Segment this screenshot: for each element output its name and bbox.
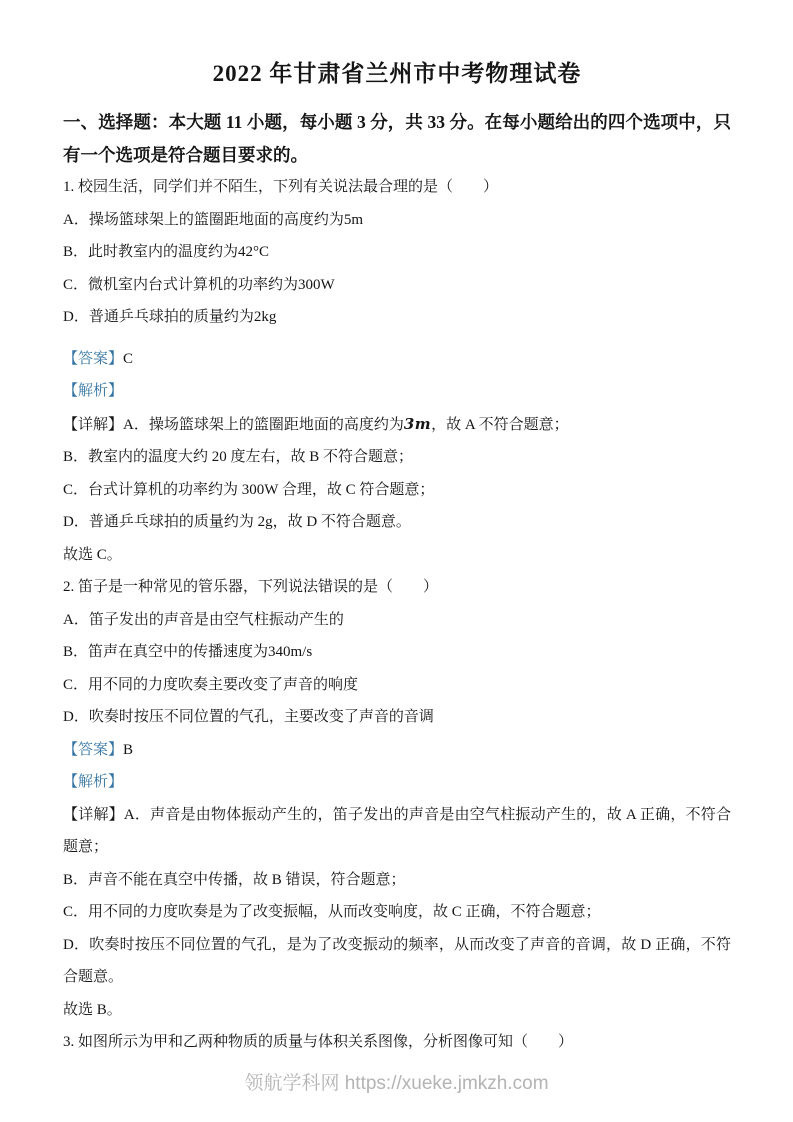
exam-page: 2022 年甘肃省兰州市中考物理试卷 一、选择题：本大题 11 小题，每小题 3… <box>0 0 793 1122</box>
question-2-detail-c: C．用不同的力度吹奏是为了改变振幅，从而改变响度，故 C 正确，不符合题意； <box>63 896 731 929</box>
analysis-label: 【解析】 <box>63 383 123 399</box>
question-2-option-c: C．用不同的力度吹奏主要改变了声音的响度 <box>63 669 731 702</box>
question-1-answer-line: 【答案】C <box>63 343 731 376</box>
question-1-stem: 1. 校园生活，同学们并不陌生，下列有关说法最合理的是（ ） <box>63 171 731 204</box>
question-3-stem: 3. 如图所示为甲和乙两种物质的质量与体积关系图像，分析图像可知（ ） <box>63 1026 731 1059</box>
detail-a-text-post: ，故 A 不符合题意； <box>431 417 569 433</box>
question-1-conclusion: 故选 C。 <box>63 539 731 572</box>
page-title: 2022 年甘肃省兰州市中考物理试卷 <box>63 57 731 91</box>
question-block-1: 1. 校园生活，同学们并不陌生，下列有关说法最合理的是（ ） A．操场篮球架上的… <box>63 171 731 571</box>
question-1-detail-a: 【详解】A．操场篮球架上的篮圈距地面的高度约为3m，故 A 不符合题意； <box>63 408 731 442</box>
question-block-3: 3. 如图所示为甲和乙两种物质的质量与体积关系图像，分析图像可知（ ） <box>63 1026 731 1059</box>
question-2-detail-a: 【详解】A．声音是由物体振动产生的，笛子发出的声音是由空气柱振动产生的，故 A … <box>63 799 731 864</box>
question-block-2: 2. 笛子是一种常见的管乐器，下列说法错误的是（ ） A．笛子发出的声音是由空气… <box>63 571 731 1026</box>
question-1-detail-d: D．普通乒乓球拍的质量约为 2g，故 D 不符合题意。 <box>63 506 731 539</box>
question-1-detail-c: C．台式计算机的功率约为 300W 合理，故 C 符合题意； <box>63 474 731 507</box>
question-2-answer-value: B <box>123 742 133 758</box>
page-content: 2022 年甘肃省兰州市中考物理试卷 一、选择题：本大题 11 小题，每小题 3… <box>0 0 793 1059</box>
question-1-option-d: D．普通乒乓球拍的质量约为2kg <box>63 301 731 334</box>
question-2-analysis-line: 【解析】 <box>63 766 731 799</box>
question-1-detail-b: B．教室内的温度大约 20 度左右，故 B 不符合题意； <box>63 441 731 474</box>
question-2-option-a: A．笛子发出的声音是由空气柱振动产生的 <box>63 604 731 637</box>
answer-label: 【答案】 <box>63 351 123 367</box>
question-2-detail-b: B．声音不能在真空中传播，故 B 错误，符合题意； <box>63 864 731 897</box>
detail-a-math-value: 3m <box>404 415 431 433</box>
answer-label: 【答案】 <box>63 742 123 758</box>
question-2-option-d: D．吹奏时按压不同位置的气孔，主要改变了声音的音调 <box>63 701 731 734</box>
question-2-answer-line: 【答案】B <box>63 734 731 767</box>
question-1-option-c: C．微机室内台式计算机的功率约为300W <box>63 269 731 302</box>
question-1-answer-value: C <box>123 351 133 367</box>
question-1-option-b: B．此时教室内的温度约为42°C <box>63 236 731 269</box>
section-heading: 一、选择题：本大题 11 小题，每小题 3 分，共 33 分。在每小题给出的四个… <box>63 106 731 171</box>
watermark: 领航学科网 https://xueke.jmkzh.com <box>0 1072 793 1096</box>
question-2-stem: 2. 笛子是一种常见的管乐器，下列说法错误的是（ ） <box>63 571 731 604</box>
question-2-conclusion: 故选 B。 <box>63 994 731 1027</box>
question-1-analysis-line: 【解析】 <box>63 375 731 408</box>
question-1-option-a: A．操场篮球架上的篮圈距地面的高度约为5m <box>63 204 731 237</box>
question-2-option-b: B．笛声在真空中的传播速度为340m/s <box>63 636 731 669</box>
detail-a-text-pre: 【详解】A．操场篮球架上的篮圈距地面的高度约为 <box>63 417 404 433</box>
question-2-detail-d: D．吹奏时按压不同位置的气孔，是为了改变振动的频率，从而改变了声音的音调，故 D… <box>63 929 731 994</box>
analysis-label: 【解析】 <box>63 774 123 790</box>
